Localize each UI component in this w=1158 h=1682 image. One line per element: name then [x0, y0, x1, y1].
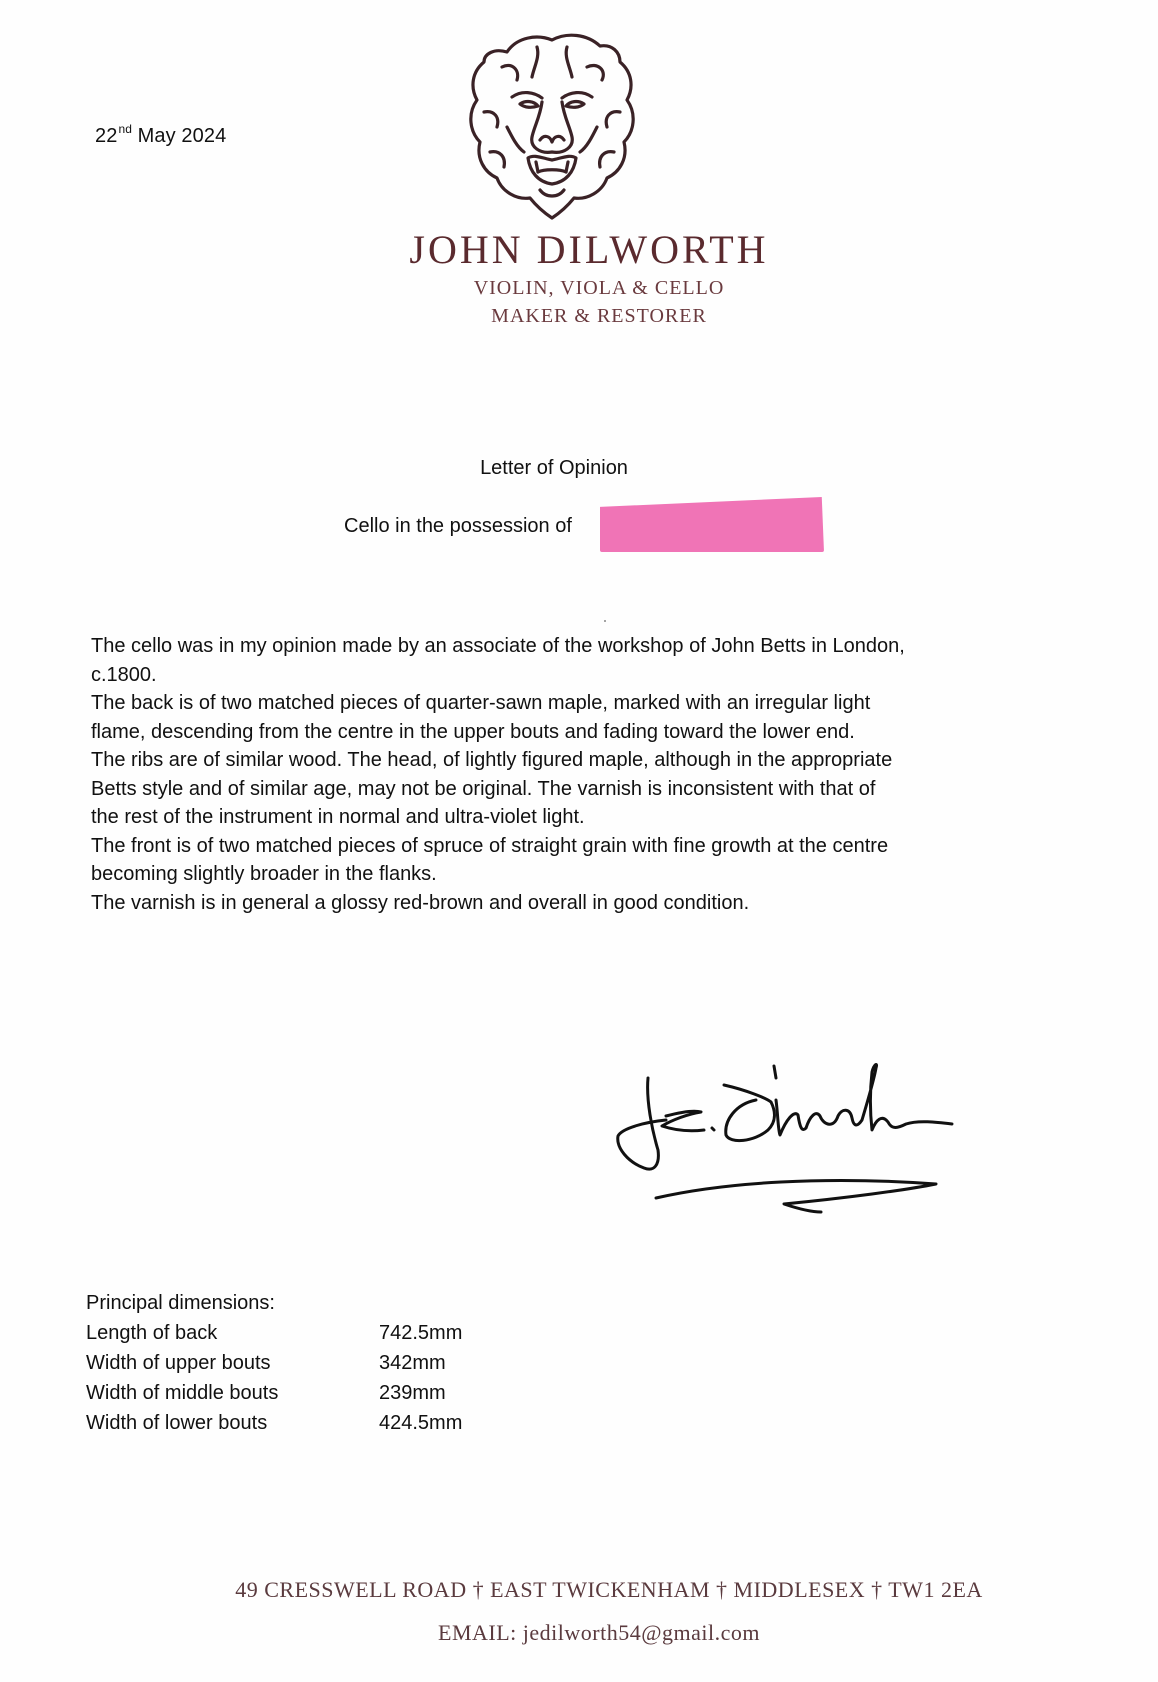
redaction-box: [600, 497, 824, 552]
body-line: The ribs are of similar wood. The head, …: [91, 746, 1021, 775]
dimension-value: 424.5mm: [379, 1408, 529, 1438]
body-line: c.1800.: [91, 661, 1021, 690]
dimension-row: Width of middle bouts 239mm: [86, 1378, 529, 1408]
body-line: becoming slightly broader in the flanks.: [91, 860, 1021, 889]
dimension-row: Length of back 742.5mm: [86, 1318, 529, 1348]
dimension-label: Width of lower bouts: [86, 1408, 379, 1438]
date-month-year: May 2024: [132, 125, 226, 147]
body-line: The cello was in my opinion made by an a…: [91, 632, 1021, 661]
footer-address: 49 CRESSWELL ROAD † EAST TWICKENHAM † MI…: [0, 1577, 1158, 1603]
letter-date: 22nd May 2024: [95, 122, 226, 148]
dimension-value: 239mm: [379, 1378, 529, 1408]
dimension-label: Width of middle bouts: [86, 1378, 379, 1408]
letter-page: 22nd May 2024: [0, 0, 1158, 1682]
signature-icon: [606, 1040, 1006, 1240]
dimension-row: Width of lower bouts 424.5mm: [86, 1408, 529, 1438]
letterhead-name: JOHN DILWORTH: [0, 226, 1158, 273]
dimensions-heading: Principal dimensions:: [86, 1288, 529, 1318]
date-ordinal: nd: [118, 122, 132, 136]
body-line: the rest of the instrument in normal and…: [91, 803, 1021, 832]
body-line: Betts style and of similar age, may not …: [91, 775, 1021, 804]
opinion-body: The cello was in my opinion made by an a…: [91, 632, 1021, 917]
body-line: The front is of two matched pieces of sp…: [91, 832, 1021, 861]
letterhead-subtitle-1: VIOLIN, VIOLA & CELLO: [0, 277, 1158, 300]
body-line: The varnish is in general a glossy red-b…: [91, 889, 1021, 918]
date-day: 22: [95, 125, 117, 147]
footer-email: EMAIL: jedilworth54@gmail.com: [0, 1620, 1158, 1646]
dimension-label: Length of back: [86, 1318, 379, 1348]
letterhead-subtitle-2: MAKER & RESTORER: [0, 305, 1158, 328]
dimension-label: Width of upper bouts: [86, 1348, 379, 1378]
dimension-row: Width of upper bouts 342mm: [86, 1348, 529, 1378]
scan-speck: [604, 620, 606, 622]
dimension-value: 342mm: [379, 1348, 529, 1378]
possession-label: Cello in the possession of: [344, 515, 572, 538]
body-line: flame, descending from the centre in the…: [91, 718, 1021, 747]
body-line: The back is of two matched pieces of qua…: [91, 689, 1021, 718]
dimension-value: 742.5mm: [379, 1318, 529, 1348]
lion-head-icon: [462, 22, 642, 222]
document-title: Letter of Opinion: [0, 457, 1108, 480]
dimensions-table: Principal dimensions: Length of back 742…: [86, 1288, 529, 1438]
